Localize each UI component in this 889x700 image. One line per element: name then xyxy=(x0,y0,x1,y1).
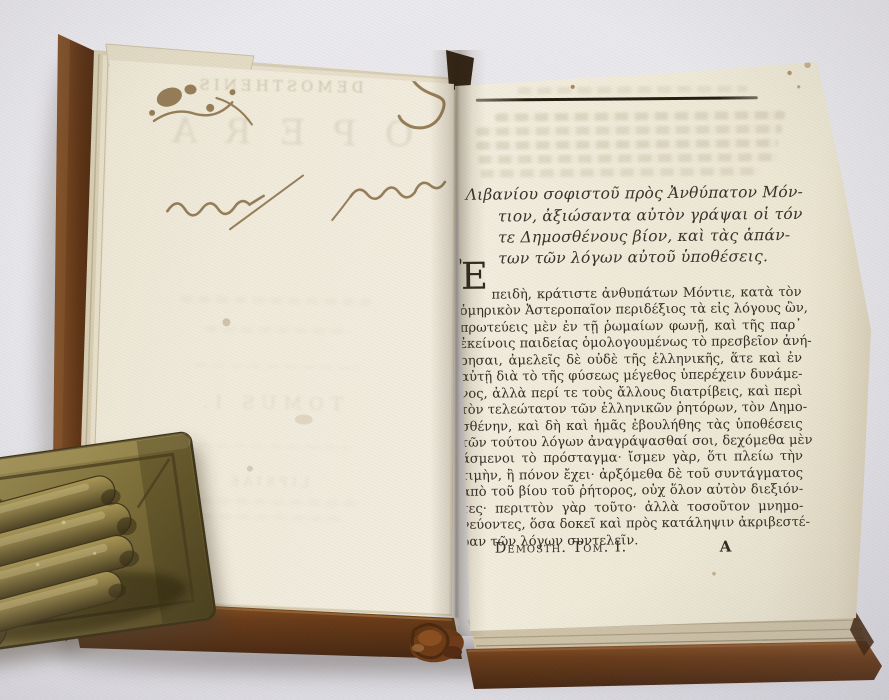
photograph-of-open-antique-book: DEMOSTHENIS OPERA TOMUS I. LIPSIAE xyxy=(0,0,889,700)
gutter-shadow xyxy=(430,50,486,636)
gutter-crease xyxy=(455,58,458,618)
brass-hand-paperweight xyxy=(0,412,255,700)
right-bottom-cover xyxy=(466,641,882,689)
